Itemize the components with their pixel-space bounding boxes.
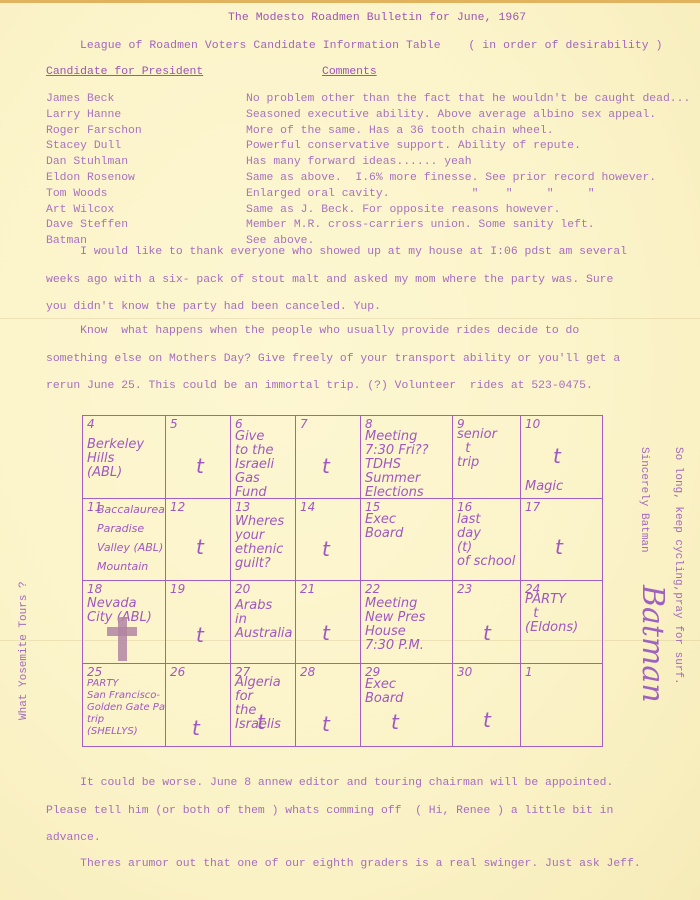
table-subtitle: League of Roadmen Voters Candidate Infor… bbox=[80, 40, 663, 52]
candidate-name: Dave Steffen bbox=[46, 219, 142, 235]
day-note: senior t trip bbox=[457, 428, 518, 470]
day-number: 4 bbox=[87, 417, 95, 431]
tick-mark-icon: t bbox=[391, 710, 399, 734]
calendar-day-cell: 5t bbox=[165, 415, 231, 499]
side-note-yosemite: What Yosemite Tours ? bbox=[18, 581, 30, 720]
calendar-day-cell: 15Exec Board bbox=[360, 498, 453, 581]
calendar-day-cell: 17t bbox=[520, 498, 603, 581]
day-note: PARTY San Francisco- Golden Gate Park tr… bbox=[87, 678, 163, 738]
calendar-day-cell: 20Arabs in Australia ? bbox=[230, 580, 296, 664]
day-number: 26 bbox=[170, 665, 185, 679]
paragraph-appointments: It could be worse. June 8 annew editor a… bbox=[46, 770, 613, 853]
comment-list: No problem other than the fact that he w… bbox=[246, 93, 690, 251]
cross-stamp-icon bbox=[107, 617, 137, 661]
tick-mark-icon: t bbox=[555, 535, 563, 559]
tick-mark-icon: t bbox=[553, 444, 561, 468]
bulletin-title: The Modesto Roadmen Bulletin for June, 1… bbox=[228, 12, 526, 24]
day-note: Berkeley Hills (ABL) bbox=[87, 438, 163, 480]
calendar-day-cell: 4Berkeley Hills (ABL) bbox=[82, 415, 166, 499]
tick-mark-icon: t bbox=[196, 535, 204, 559]
calendar-day-cell: 23t bbox=[452, 580, 521, 664]
day-number: 30 bbox=[457, 665, 472, 679]
day-note: PARTY t (Eldons) bbox=[525, 593, 600, 635]
day-note: Give to the Israeli Gas Fund bbox=[235, 430, 293, 499]
calendar-day-cell: 13Wheres your ethenic guilt? bbox=[230, 498, 296, 581]
day-number: 13 bbox=[235, 500, 250, 514]
closing-sincerely: Sincerely Batman bbox=[638, 447, 650, 553]
day-number: 12 bbox=[170, 500, 185, 514]
calendar-day-cell: 27Algeria for the Israelist bbox=[230, 663, 296, 747]
tick-mark-icon: t bbox=[196, 454, 204, 478]
tick-mark-icon: t bbox=[322, 621, 330, 645]
closing-line: So long, keep cycling,pray for surf. bbox=[672, 447, 684, 685]
candidate-name: Stacey Dull bbox=[46, 140, 142, 156]
candidate-name: Tom Woods bbox=[46, 188, 142, 204]
tick-mark-icon: t bbox=[483, 621, 491, 645]
candidate-comment: More of the same. Has a 36 tooth chain w… bbox=[246, 125, 690, 141]
day-number: 14 bbox=[300, 500, 315, 514]
day-note: Wheres your ethenic guilt? bbox=[235, 515, 293, 571]
candidate-comment: Same as above. I.6% more finesse. See pr… bbox=[246, 172, 690, 188]
day-note: Baccalaureate Paradise Valley (ABL) Moun… bbox=[97, 500, 163, 576]
candidate-name: Dan Stuhlman bbox=[46, 156, 142, 172]
calendar-day-cell: 22Meeting New Pres House 7:30 P.M. bbox=[360, 580, 453, 664]
candidate-comment: Member M.R. cross-carriers union. Some s… bbox=[246, 219, 690, 235]
day-number: 20 bbox=[235, 582, 250, 596]
day-number: 5 bbox=[170, 417, 178, 431]
calendar-day-cell: 29Exec Boardt bbox=[360, 663, 453, 747]
candidate-list: James Beck Larry Hanne Roger Farschon St… bbox=[46, 93, 142, 251]
candidate-name: Roger Farschon bbox=[46, 125, 142, 141]
day-note: Meeting New Pres House 7:30 P.M. bbox=[365, 597, 450, 653]
candidate-name: James Beck bbox=[46, 93, 142, 109]
day-number: 25 bbox=[87, 665, 102, 679]
calendar-day-cell: 30t bbox=[452, 663, 521, 747]
day-number: 22 bbox=[365, 582, 380, 596]
calendar-day-cell: 8Meeting 7:30 Fri?? TDHS Summer Election… bbox=[360, 415, 453, 499]
candidate-comment: Enlarged oral cavity. " " " " bbox=[246, 188, 690, 204]
tick-mark-icon: t bbox=[322, 454, 330, 478]
candidate-name: Larry Hanne bbox=[46, 109, 142, 125]
day-number: 19 bbox=[170, 582, 185, 596]
calendar-day-cell: 25PARTY San Francisco- Golden Gate Park … bbox=[82, 663, 166, 747]
day-number: 18 bbox=[87, 582, 102, 596]
calendar-day-cell: 11Baccalaureate Paradise Valley (ABL) Mo… bbox=[82, 498, 166, 581]
paragraph-thanks: I would like to thank everyone who showe… bbox=[46, 239, 627, 322]
day-note: last day (t) of school bbox=[457, 513, 518, 569]
calendar-day-cell: 7t bbox=[295, 415, 361, 499]
candidate-comment: Seasoned executive ability. Above averag… bbox=[246, 109, 690, 125]
calendar-day-cell: 1 bbox=[520, 663, 603, 747]
candidate-comment: Has many forward ideas...... yeah bbox=[246, 156, 690, 172]
calendar-day-cell: 9senior t trip bbox=[452, 415, 521, 499]
day-number: 17 bbox=[525, 500, 540, 514]
day-note: Arabs in Australia ? bbox=[235, 599, 293, 641]
calendar-day-cell: 14t bbox=[295, 498, 361, 581]
calendar-day-cell: 6Give to the Israeli Gas Fund bbox=[230, 415, 296, 499]
tick-mark-icon: t bbox=[322, 712, 330, 736]
tick-mark-icon: t bbox=[257, 710, 265, 734]
calendar-day-cell: 12t bbox=[165, 498, 231, 581]
day-note: Meeting 7:30 Fri?? TDHS Summer Elections bbox=[365, 430, 450, 499]
candidate-name: Eldon Rosenow bbox=[46, 172, 142, 188]
calendar-day-cell: 24PARTY t (Eldons) bbox=[520, 580, 603, 664]
calendar-day-cell: 10Magict bbox=[520, 415, 603, 499]
column-header-candidate: Candidate for President bbox=[46, 66, 203, 78]
calendar-day-cell: 28t bbox=[295, 663, 361, 747]
paragraph-rumor: Theres arumor out that one of our eighth… bbox=[46, 851, 641, 879]
candidate-comment: No problem other than the fact that he w… bbox=[246, 93, 690, 109]
calendar-day-cell: 18Nevada City (ABL) bbox=[82, 580, 166, 664]
day-number: 23 bbox=[457, 582, 472, 596]
day-note: Exec Board bbox=[365, 678, 450, 706]
calendar-day-cell: 16last day (t) of school bbox=[452, 498, 521, 581]
tick-mark-icon: t bbox=[192, 716, 200, 740]
column-header-comments: Comments bbox=[322, 66, 377, 78]
batman-signature: Batman bbox=[635, 585, 670, 703]
day-number: 1 bbox=[525, 665, 533, 679]
paragraph-rides: Know what happens when the people who us… bbox=[46, 318, 620, 401]
tick-mark-icon: t bbox=[196, 623, 204, 647]
day-number: 21 bbox=[300, 582, 315, 596]
candidate-name: Art Wilcox bbox=[46, 204, 142, 220]
day-number: 10 bbox=[525, 417, 540, 431]
calendar-day-cell: 19t bbox=[165, 580, 231, 664]
day-note: Magic bbox=[525, 480, 600, 494]
day-note: Exec Board bbox=[365, 513, 450, 541]
tick-mark-icon: t bbox=[322, 537, 330, 561]
tick-mark-icon: t bbox=[483, 708, 491, 732]
day-number: 28 bbox=[300, 665, 315, 679]
candidate-comment: Same as J. Beck. For opposite reasons ho… bbox=[246, 204, 690, 220]
candidate-comment: Powerful conservative support. Ability o… bbox=[246, 140, 690, 156]
day-number: 7 bbox=[300, 417, 308, 431]
calendar-day-cell: 21t bbox=[295, 580, 361, 664]
calendar-day-cell: 26t bbox=[165, 663, 231, 747]
